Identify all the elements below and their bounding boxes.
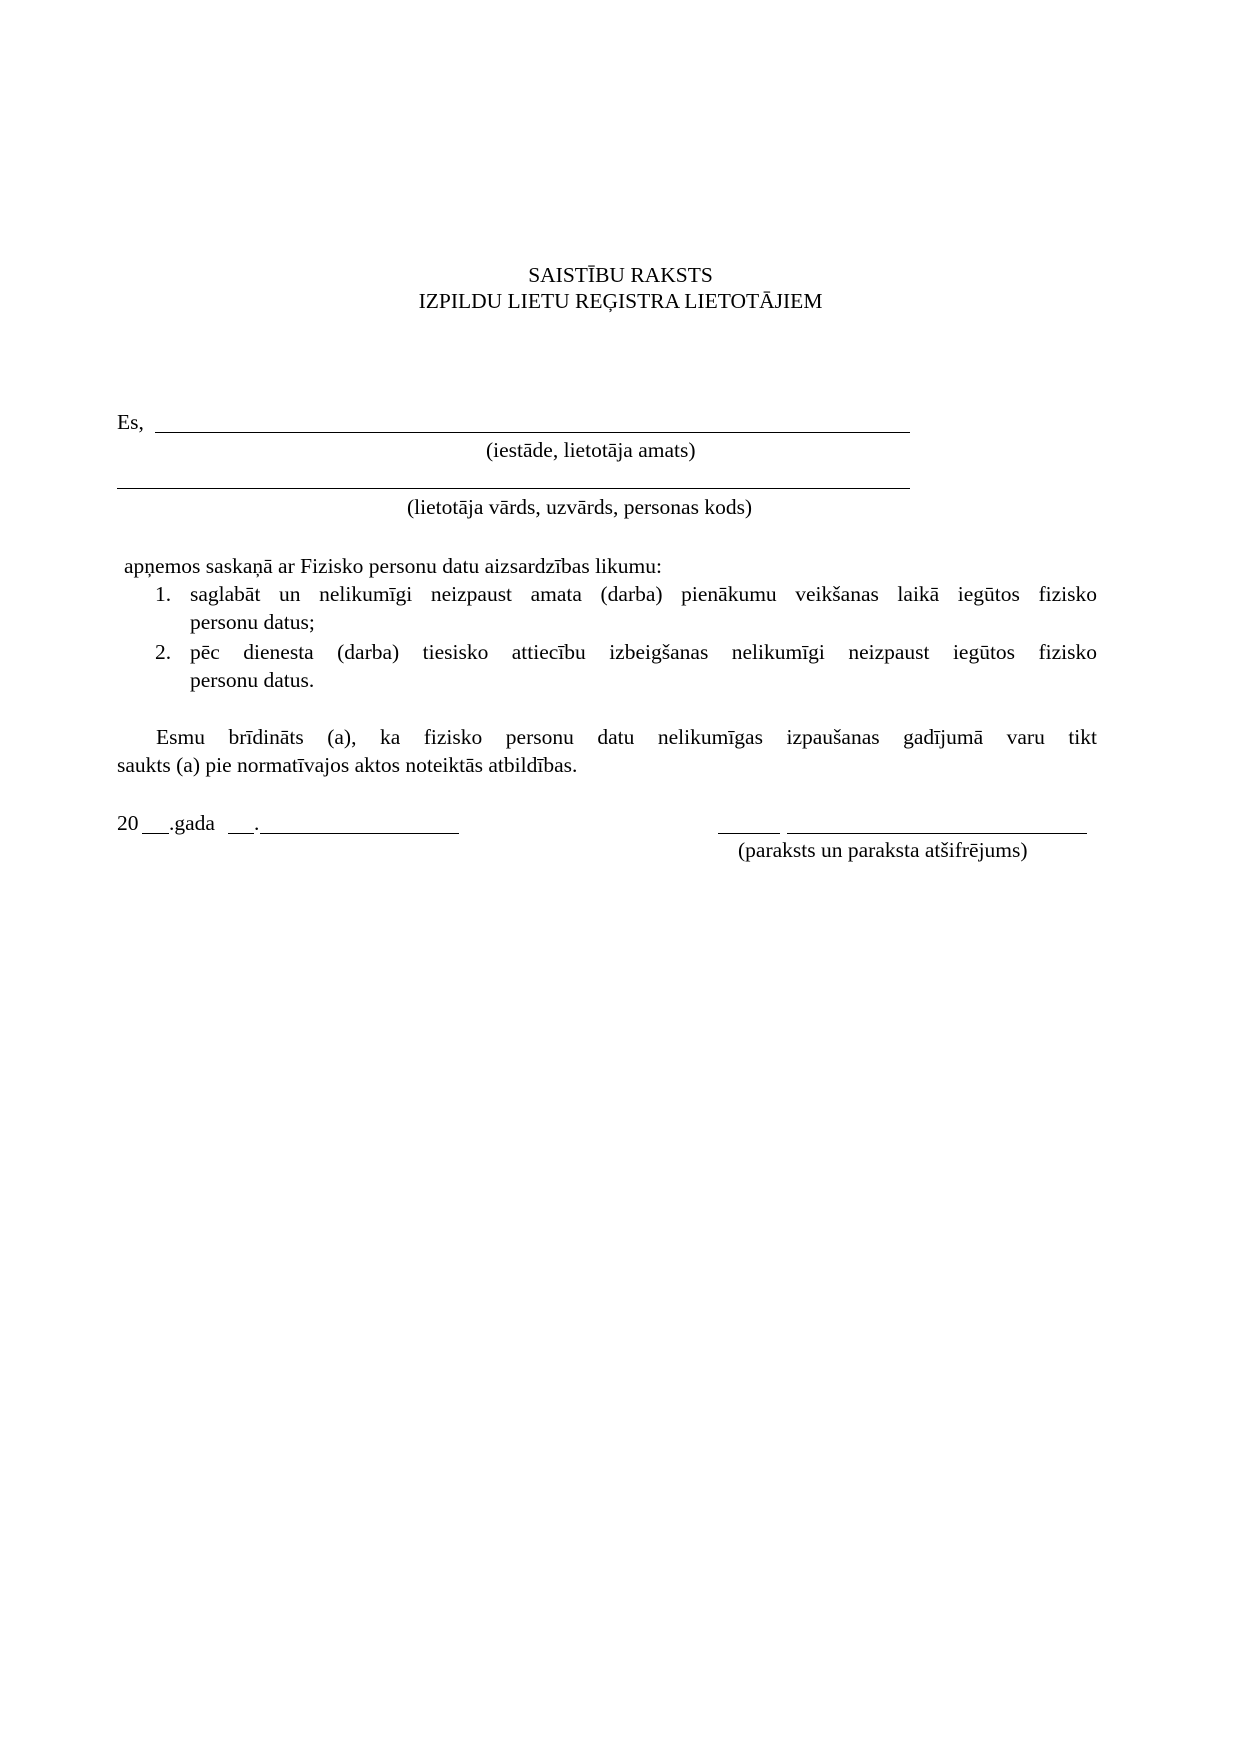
name-personal-code-caption: (lietotāja vārds, uzvārds, personas kods… [407, 497, 752, 519]
signature-field[interactable] [718, 833, 780, 834]
date-year-field[interactable] [142, 833, 169, 834]
intro-label: Es, [117, 412, 144, 434]
document-title: SAISTĪBU RAKSTS [0, 265, 1241, 287]
signature-caption: (paraksts un paraksta atšifrējums) [738, 840, 1028, 862]
list-item-text-continued: personu datus; [190, 612, 315, 634]
document-subtitle: IZPILDU LIETU REĢISTRA LIETOTĀJIEM [0, 291, 1241, 313]
date-year-prefix: 20 [117, 813, 139, 835]
list-item-text-continued: personu datus. [190, 670, 314, 692]
warning-paragraph-line1: Esmu brīdināts (a), ka fizisko personu d… [156, 727, 1097, 749]
warning-paragraph-line2: saukts (a) pie normatīvajos aktos noteik… [117, 755, 577, 777]
list-item-text: saglabāt un nelikumīgi neizpaust amata (… [190, 584, 1097, 606]
list-item-number: 2. [155, 642, 171, 664]
institution-position-field[interactable] [155, 432, 910, 433]
date-year-suffix: .gada [169, 813, 215, 835]
date-day-field[interactable] [228, 833, 254, 834]
signature-transcript-field[interactable] [787, 833, 1087, 834]
date-dot: . [254, 813, 259, 835]
name-personal-code-field[interactable] [117, 488, 910, 489]
list-item-text: pēc dienesta (darba) tiesisko attiecību … [190, 642, 1097, 664]
date-month-field[interactable] [260, 833, 459, 834]
institution-position-caption: (iestāde, lietotāja amats) [486, 440, 696, 462]
commitment-intro: apņemos saskaņā ar Fizisko personu datu … [124, 556, 662, 578]
list-item-number: 1. [155, 584, 171, 606]
